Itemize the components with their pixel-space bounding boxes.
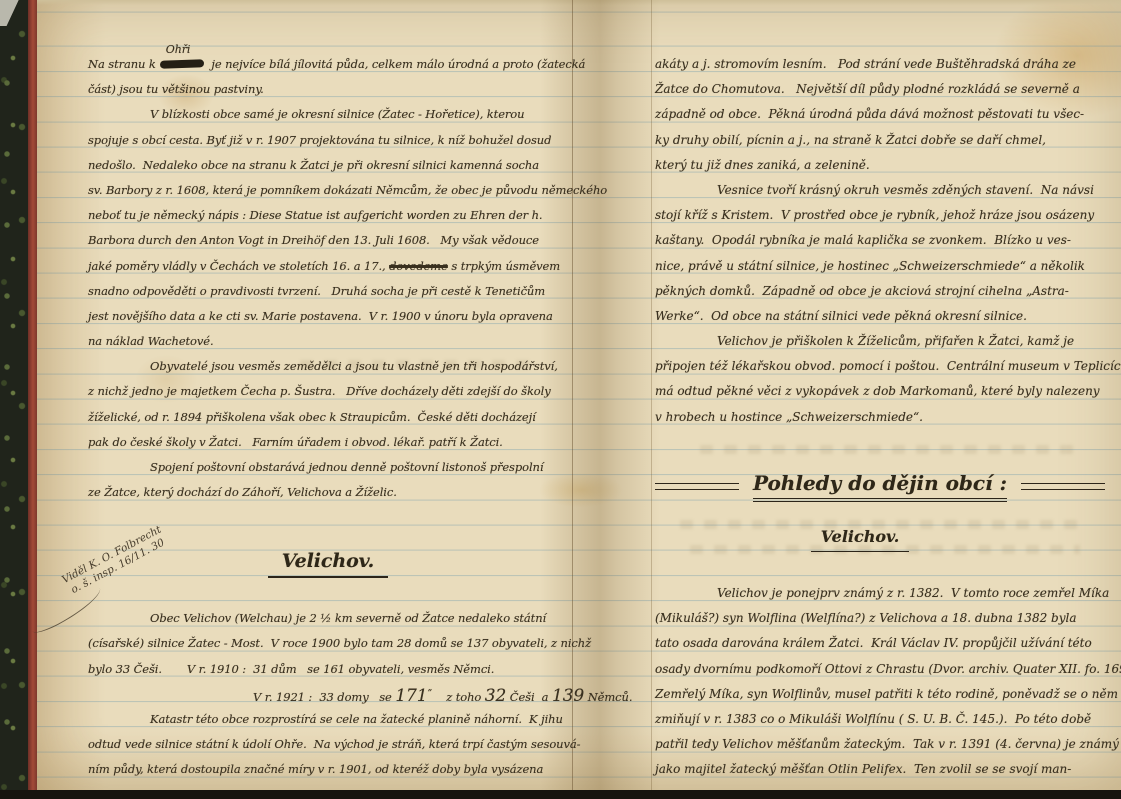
handwritten-line: Zemřelý Míka, syn Wolflinův, musel patři… [655, 682, 1105, 707]
blank-line [655, 556, 1105, 581]
handwritten-line: ním půdy, která dostoupila značné míry v… [88, 757, 568, 782]
handwritten-line: Werke“. Od obce na státní silnici vede p… [655, 304, 1105, 329]
handwritten-line: kaštany. Opodál rybníka je malá kaplička… [655, 228, 1105, 253]
handwritten-line: patřil tedy Velichov měšťanům žateckým. … [655, 732, 1105, 757]
ink-blot [160, 59, 204, 69]
heading-rule-right [1021, 483, 1105, 490]
correction-above: Ohři [166, 37, 190, 62]
scanned-notebook: Na stranu kOhři je nejvíce bílá jílovitá… [0, 0, 1121, 799]
handwritten-line: nice, právě u státní silnice, je hostine… [655, 254, 1105, 279]
german-count: 139 [552, 686, 584, 706]
handwritten-line: část) jsou tu většinou pastviny. [88, 77, 568, 102]
handwritten-line: jako majitel žatecký měšťan Otlin Pelife… [655, 757, 1105, 782]
handwritten-line: pak do české školy v Žatci. Farním úřade… [88, 430, 568, 455]
handwritten-line: Barbora durch den Anton Vogt in Dreihöf … [88, 228, 568, 253]
text-segment: V r. 1921 : 33 domy se [253, 690, 395, 704]
page-edge-line [651, 0, 652, 790]
text-segment: z toho [432, 690, 485, 704]
handwritten-line: Velichov je přiškolen k Žíželicům, přifa… [655, 329, 1105, 354]
handwritten-line: ky druhy obilí, pícnin a j., na straně k… [655, 128, 1105, 153]
blank-line [88, 581, 568, 606]
handwritten-line: nedošlo. Nedaleko obce na stranu k Žatci… [88, 153, 568, 178]
handwritten-line: má odtud pěkné věci z vykopávek z dob Ma… [655, 379, 1105, 404]
book-spine [28, 0, 37, 799]
handwritten-line: pěkných domků. Západně od obce je akciov… [655, 279, 1105, 304]
handwritten-line: Obyvatelé jsou vesměs zemědělci a jsou t… [88, 354, 568, 379]
handwritten-line: Žatce do Chomutova. Největší díl půdy pl… [655, 77, 1105, 102]
handwritten-line: (Mikuláš?) syn Wolflina (Welflína?) z Ve… [655, 606, 1105, 631]
handwritten-line: Spojení poštovní obstarává jednou denně … [88, 455, 568, 480]
text-segment: Na stranu k [88, 57, 156, 71]
correction-wrap: Ohři [160, 52, 204, 77]
handwritten-line: odtud vede silnice státní k údolí Ohře. … [88, 732, 568, 757]
handwritten-line: osady dvornímu podkomoří Ottovi z Chrast… [655, 657, 1105, 682]
text-segment: Němců. [584, 690, 632, 704]
handwritten-line: žíželické, od r. 1894 přiškolena však ob… [88, 405, 568, 430]
handwritten-line: neboť tu je německý nápis : Diese Statue… [88, 203, 568, 228]
struck-word: dovedeme [389, 259, 448, 273]
handwritten-line: Velichov je ponejprv známý z r. 1382. V … [655, 581, 1105, 606]
handwritten-line: v hrobech u hostince „Schweizerschmiede“… [655, 405, 1105, 430]
heading-rule-left [655, 483, 739, 490]
handwritten-line: na náklad Wachetové. [88, 329, 568, 354]
text-segment: je nejvíce bílá jílovitá půda, celkem má… [208, 57, 586, 71]
handwritten-line: jest novějšího data a ke cti sv. Marie p… [88, 304, 568, 329]
handwritten-line: připojen též lékařskou obvod. pomocí i p… [655, 354, 1105, 379]
subheading-line: Velichov. [655, 531, 1105, 556]
handwritten-line: V r. 1921 : 33 domy se 171” z toho 32 Če… [88, 682, 568, 707]
handwritten-line: stojí kříž s Kristem. V prostřed obce je… [655, 203, 1105, 228]
text-segment: s trpkým úsměvem [448, 259, 560, 273]
handwritten-line: západně od obce. Pěkná úrodná půda dává … [655, 102, 1105, 127]
handwritten-line: (císařské) silnice Žatec - Most. V roce … [88, 631, 568, 656]
handwritten-line: z nichž jedno je majetkem Čecha p. Šustr… [88, 379, 568, 404]
handwritten-line: spojuje s obcí cesta. Byť již v r. 1907 … [88, 128, 568, 153]
page-heading: Velichov. [268, 549, 388, 578]
handwritten-line: snadno odpověděti o pravdivosti tvrzení.… [88, 279, 568, 304]
handwritten-line: Vesnice tvoří krásný okruh vesměs zděnýc… [655, 178, 1105, 203]
handwritten-line: akáty a j. stromovím lesním. Pod strání … [655, 52, 1105, 77]
handwritten-line: sv. Barbory z r. 1608, která je pomníkem… [88, 178, 568, 203]
handwritten-line: Katastr této obce rozprostírá se cele na… [88, 707, 568, 732]
left-page: Na stranu kOhři je nejvíce bílá jílovitá… [88, 52, 568, 782]
handwritten-line: zmiňují v r. 1383 co o Mikuláši Wolflínu… [655, 707, 1105, 732]
double-underline: Pohledy do dějin obcí : [753, 471, 1007, 502]
scan-bottom-edge [0, 790, 1121, 799]
text-segment: Češi a [506, 690, 552, 704]
subsection-heading: Velichov. [811, 524, 910, 552]
handwritten-line: bylo 33 Češi. V r. 1910 : 31 dům se 161 … [88, 657, 568, 682]
handwritten-line: ze Žatce, který dochází do Záhoří, Velic… [88, 480, 568, 505]
heading-line: Velichov. [88, 556, 568, 581]
handwritten-line: Obec Velichov (Welchau) je 2 ½ km severn… [88, 606, 568, 631]
section-heading-row: Pohledy do dějin obcí : [655, 474, 1105, 499]
handwritten-line: V blízkosti obce samé je okresní silnice… [88, 102, 568, 127]
handwritten-line: tato osada darována králem Žatci. Král V… [655, 631, 1105, 656]
blank-line [655, 430, 1105, 455]
population-number: 171 [395, 686, 427, 706]
handwritten-line: který tu již dnes zaniká, a zelenině. [655, 153, 1105, 178]
section-heading: Pohledy do dějin obcí : [753, 471, 1007, 499]
handwritten-line: Na stranu kOhři je nejvíce bílá jílovitá… [88, 52, 568, 77]
text-segment: jaké poměry vládly v Čechách ve stoletíc… [88, 259, 389, 273]
fold-line [572, 0, 573, 790]
czech-count: 32 [485, 686, 506, 706]
handwritten-line: jaké poměry vládly v Čechách ve stoletíc… [88, 254, 568, 279]
right-page: akáty a j. stromovím lesním. Pod strání … [655, 52, 1105, 782]
